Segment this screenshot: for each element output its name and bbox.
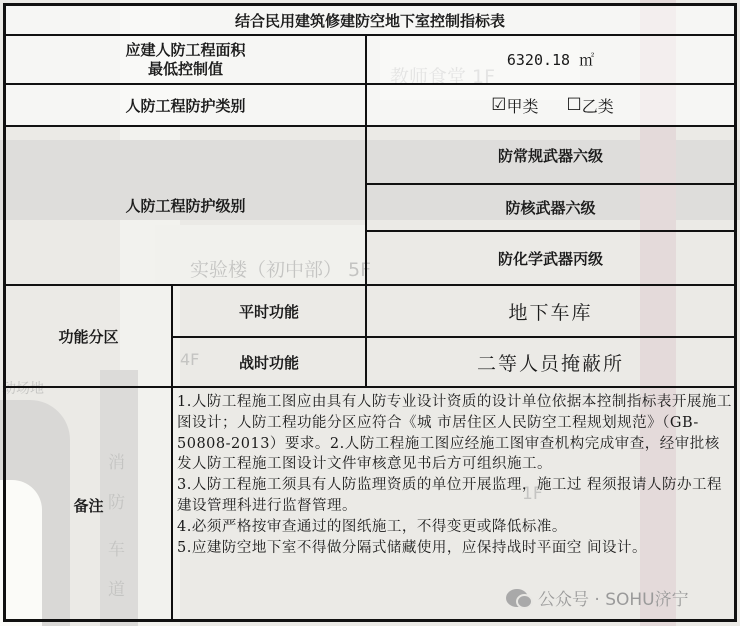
peacetime-function-label: 平时功能 — [173, 286, 365, 336]
remark-item: 4.必须严格按审查通过的图纸施工，不得变更或降低标准。 — [177, 517, 733, 538]
checkbox-unchecked-icon[interactable]: ☐ — [567, 95, 582, 115]
functional-zoning-label: 功能分区 — [6, 286, 171, 386]
watermark-text: 公众号 · SOHU济宁 — [538, 585, 689, 610]
protection-level-label: 人防工程防护级别 — [6, 127, 365, 284]
protection-level-chemical: 防化学武器丙级 — [367, 232, 734, 284]
protection-class-label: 人防工程防护类别 — [6, 85, 365, 125]
remark-item: 3.人防工程施工须具有人防监理资质的单位开展监理，施工过 程须报请人防办工程建设… — [177, 475, 733, 517]
remark-item: 1.人防工程施工图应由具有人防专业设计资质的设计单位依据本控制指标表开展施工图设… — [177, 392, 733, 475]
protection-class-options: ☑ 甲类 ☐ 乙类 — [367, 85, 734, 125]
area-label-line2: 最低控制值 — [148, 60, 223, 79]
option-class-b[interactable]: ☐ 乙类 — [567, 94, 614, 117]
peacetime-function-value: 地下车库 — [367, 286, 734, 336]
checkbox-checked-icon[interactable]: ☑ — [491, 95, 506, 115]
area-label: 应建人防工程面积 最低控制值 — [6, 36, 365, 83]
watermark: 公众号 · SOHU济宁 — [506, 585, 689, 610]
remarks-content: 1.人防工程施工图应由具有人防专业设计资质的设计单位依据本控制指标表开展施工图设… — [177, 392, 733, 558]
option-class-b-label: 乙类 — [582, 94, 614, 117]
option-class-a[interactable]: ☑ 甲类 — [491, 94, 538, 117]
remarks-label: 备注 — [6, 388, 171, 622]
area-value: 6320.18 ㎡ — [367, 36, 734, 83]
area-label-line1: 应建人防工程面积 — [125, 41, 245, 60]
wartime-function-value: 二等人员掩蔽所 — [367, 338, 734, 386]
option-class-a-label: 甲类 — [506, 94, 538, 117]
table-title: 结合民用建筑修建防空地下室控制指标表 — [6, 6, 734, 34]
protection-level-conventional: 防常规武器六级 — [367, 127, 734, 183]
remark-item: 5.应建防空地下室不得做分隔式储藏使用，应保持战时平面空 间设计。 — [177, 538, 733, 559]
protection-level-nuclear: 防核武器六级 — [367, 185, 734, 230]
wartime-function-label: 战时功能 — [173, 338, 365, 386]
wechat-icon — [506, 589, 528, 607]
